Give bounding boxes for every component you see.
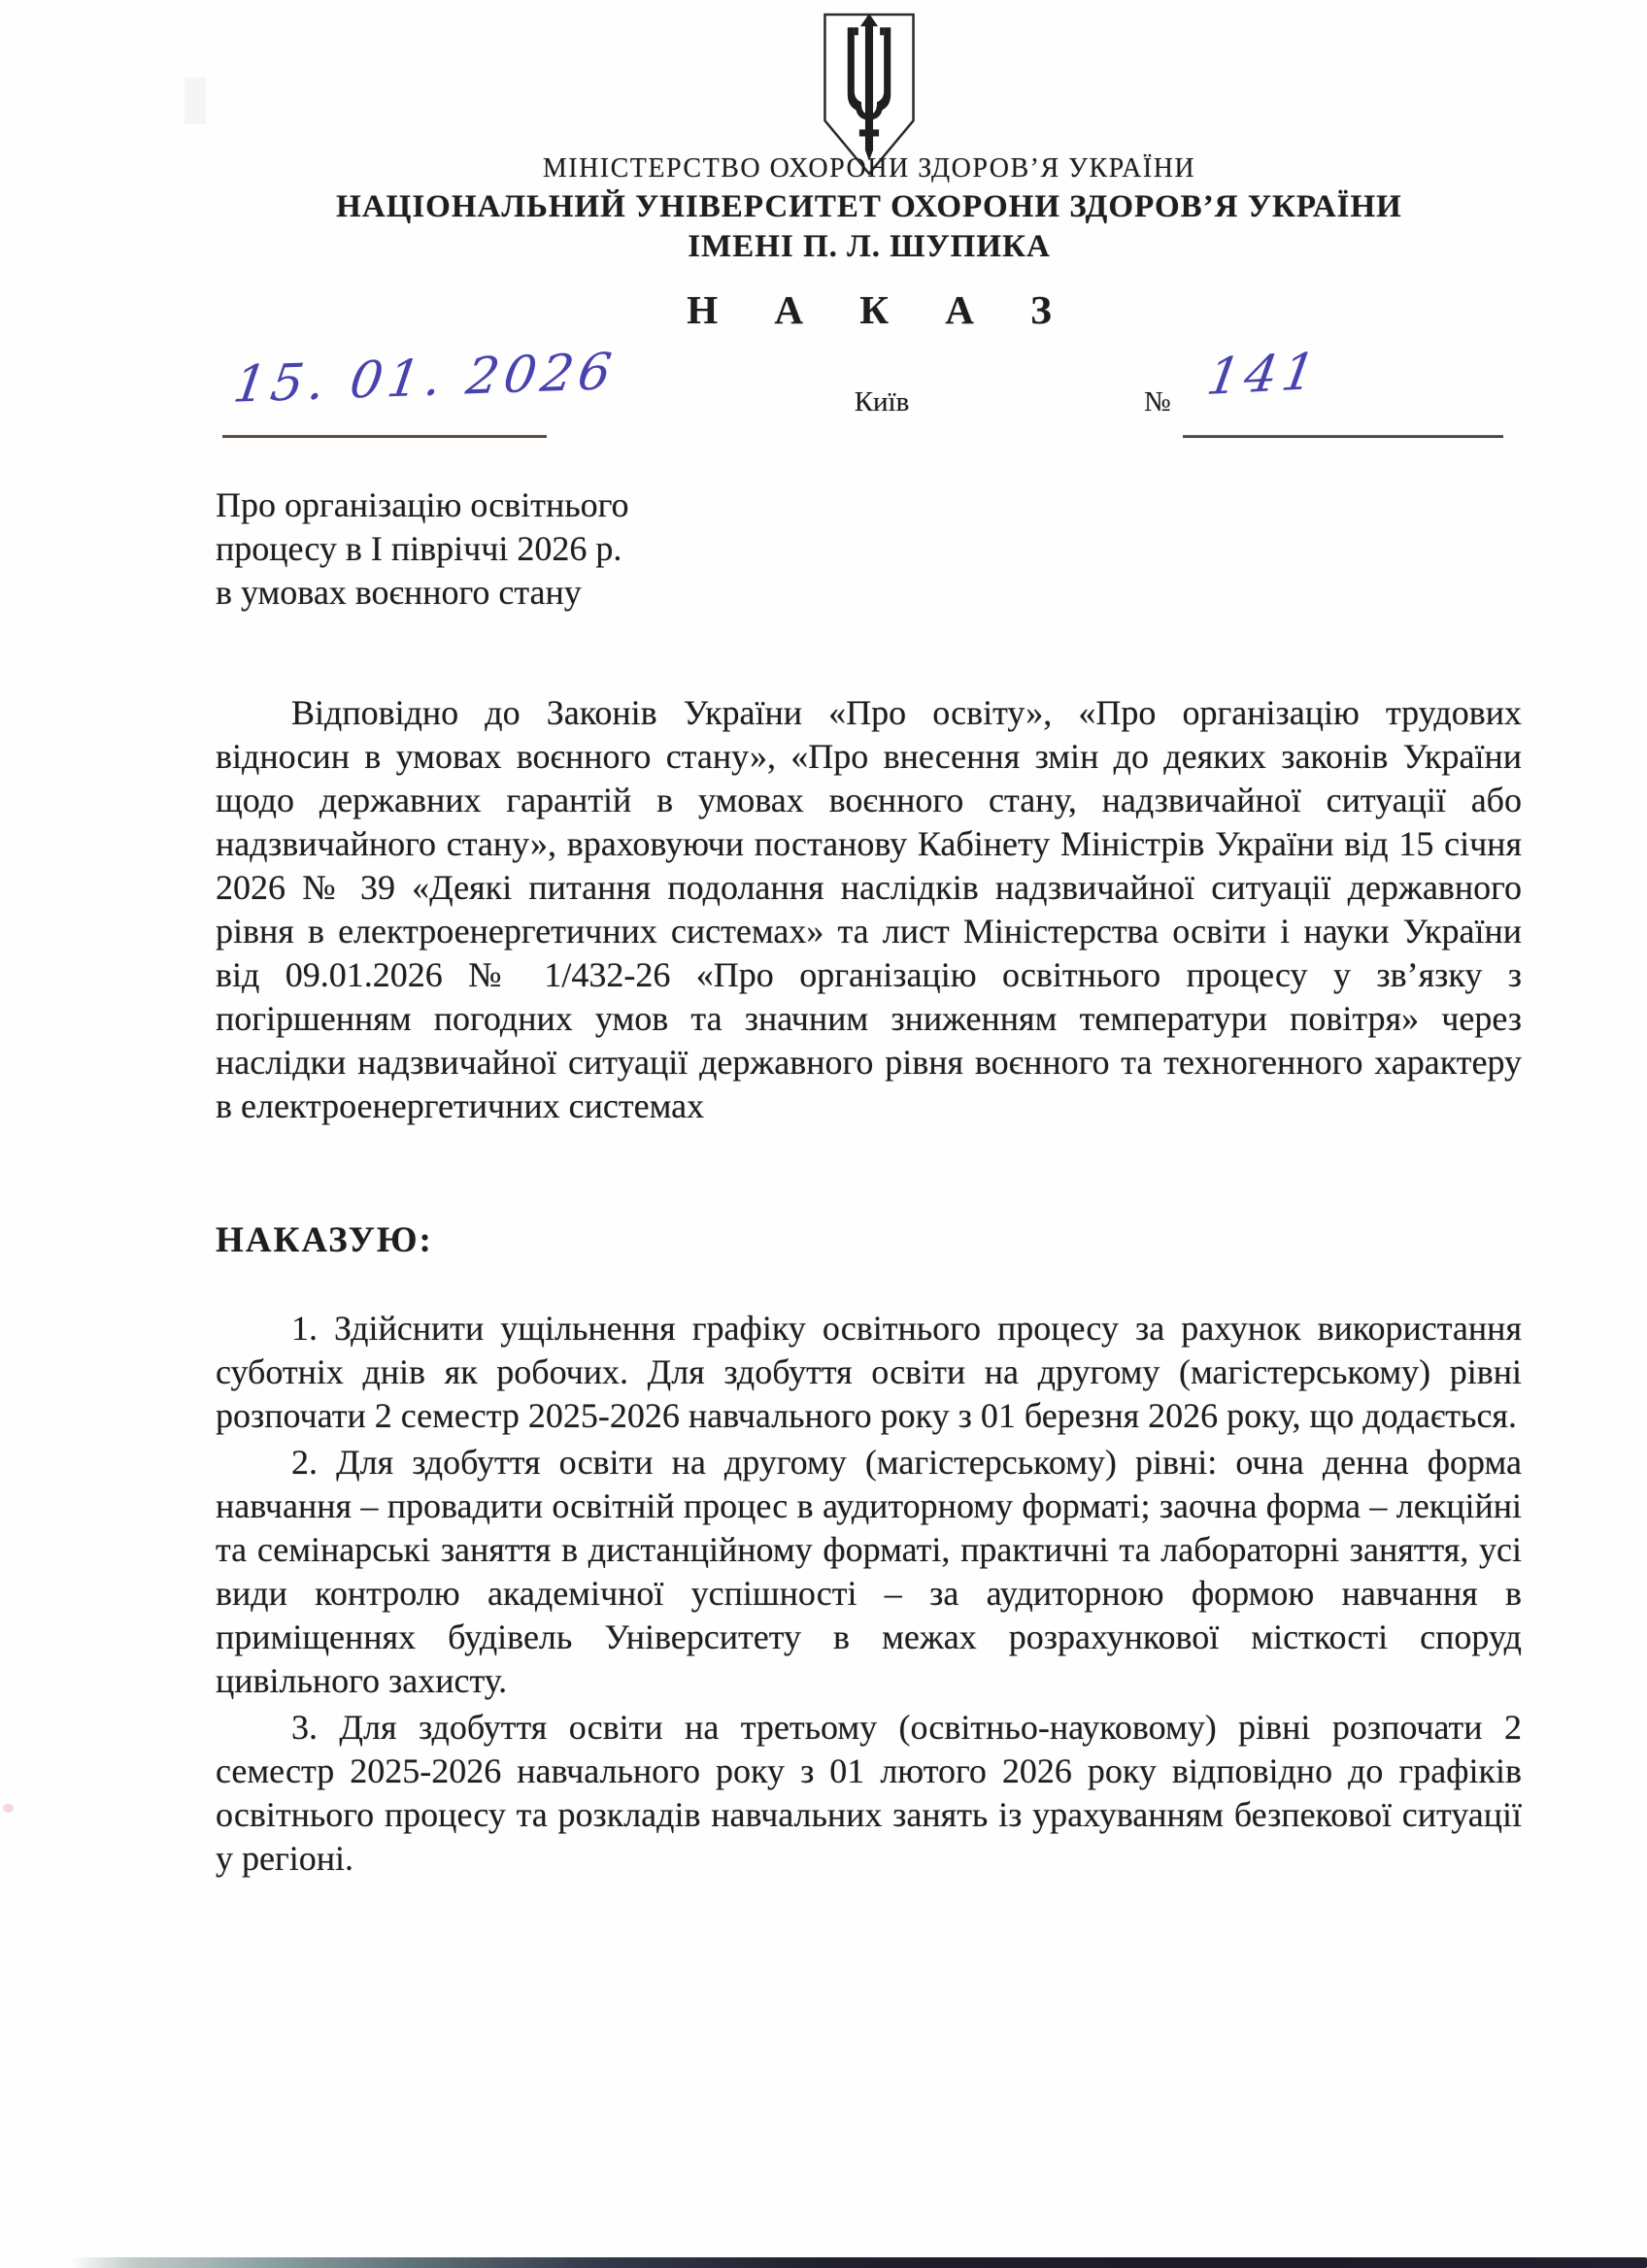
subject-line-2: процесу в І півріччі 2026 р. (216, 527, 721, 571)
letterhead: МІНІСТЕРСТВО ОХОРОНИ ЗДОРОВ’Я УКРАЇНИ НА… (117, 0, 1622, 333)
university-name: НАЦІОНАЛЬНИЙ УНІВЕРСИТЕТ ОХОРОНИ ЗДОРОВ’… (117, 189, 1622, 225)
number-underline (1183, 435, 1503, 438)
decree-item-2: 2. Для здобуття освіти на другому (магіс… (216, 1441, 1522, 1703)
university-named-after: ІМЕНІ П. Л. ШУПИКА (117, 229, 1622, 265)
subject-line-1: Про організацію освітнього (216, 484, 721, 527)
order-preamble: Відповідно до Законів України «Про освіт… (216, 691, 1522, 1128)
scan-edge-bar (70, 2257, 1647, 2268)
decree-item-3: 3. Для здобуття освіти на третьому (осві… (216, 1706, 1522, 1881)
decree-items: 1. Здійснити ущільнення графіку освітньо… (216, 1307, 1522, 1884)
number-sign: № (1144, 386, 1171, 418)
scanned-order-document: МІНІСТЕРСТВО ОХОРОНИ ЗДОРОВ’Я УКРАЇНИ НА… (0, 0, 1647, 2268)
handwritten-order-number: 141 (1203, 343, 1325, 407)
order-title: Н А К А З (117, 286, 1622, 333)
subject-line-3: в умовах воєнного стану (216, 571, 721, 615)
order-subject: Про організацію освітнього процесу в І п… (216, 484, 721, 615)
scan-artifact-dot (3, 1804, 14, 1813)
date-underline (222, 435, 547, 438)
decree-heading: НАКАЗУЮ: (216, 1219, 433, 1261)
handwritten-date: 15. 01. 2026 (230, 343, 620, 415)
decree-item-1: 1. Здійснити ущільнення графіку освітньо… (216, 1307, 1522, 1438)
ministry-name: МІНІСТЕРСТВО ОХОРОНИ ЗДОРОВ’Я УКРАЇНИ (117, 153, 1622, 184)
city-label: Київ (823, 386, 940, 418)
